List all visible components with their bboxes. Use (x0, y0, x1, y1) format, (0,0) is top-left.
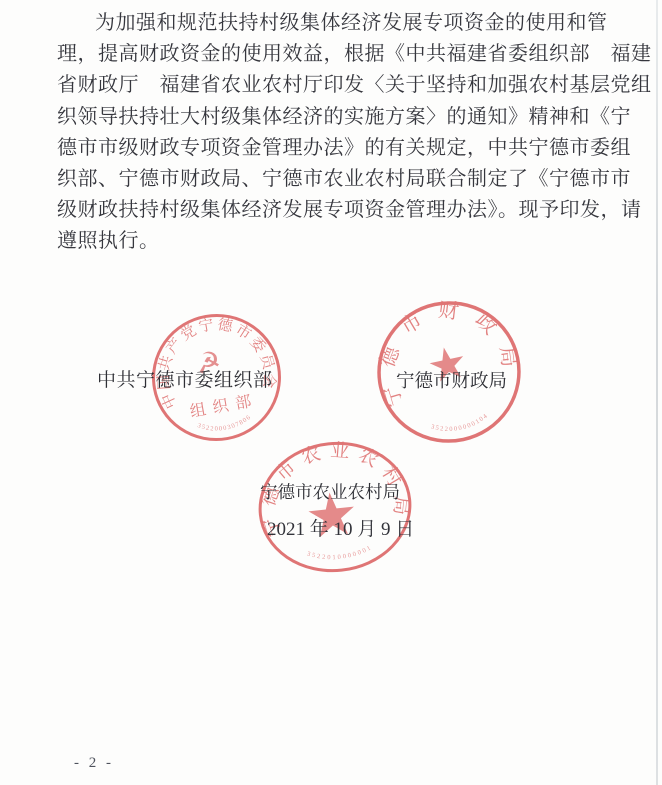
body-line: 织部、宁德市财政局、宁德市农业农村局联合制定了《宁德市市 (57, 164, 652, 195)
page-number: - 2 - (74, 755, 114, 772)
document-date: 2021 年 10 月 9 日 (267, 514, 414, 541)
scanned-document-page: 为加强和规范扶持村级集体经济发展专项资金的使用和管 理，提高财政资金的使用效益，… (0, 0, 662, 785)
agriculture-bureau-signature: 宁德市农业农村局 (260, 479, 400, 504)
body-line: 为加强和规范扶持村级集体经济发展专项资金的使用和管 (57, 8, 652, 39)
org-department-signature: 中共宁德市委组织部 (97, 365, 273, 392)
body-line: 省财政厅 福建省农业农村厅印发〈关于坚持和加强农村基层党组 (57, 70, 652, 101)
svg-text:3522010000001: 3522010000001 (305, 544, 374, 565)
finance-bureau-signature: 宁德市财政局 (396, 367, 507, 393)
body-line: 级财政扶持村级集体经济发展专项资金管理办法》。现予印发，请 (57, 195, 652, 226)
body-paragraph: 为加强和规范扶持村级集体经济发展专项资金的使用和管 理，提高财政资金的使用效益，… (57, 8, 652, 258)
body-line: 德市市级财政专项资金管理办法》的有关规定，中共宁德市委组 (57, 133, 652, 164)
body-line: 织领导扶持壮大村级集体经济的实施方案〉的通知》精神和《宁 (57, 102, 652, 133)
scan-edge-artifact (656, 0, 658, 785)
body-line: 理，提高财政资金的使用效益，根据《中共福建省委组织部 福建 (57, 39, 652, 70)
seal-serial-number: 3522010000001 (305, 544, 374, 565)
agriculture-bureau-seal: 宁德市农业农村局 3522010000001 (247, 419, 423, 595)
body-line: 遵照执行。 (57, 226, 652, 257)
